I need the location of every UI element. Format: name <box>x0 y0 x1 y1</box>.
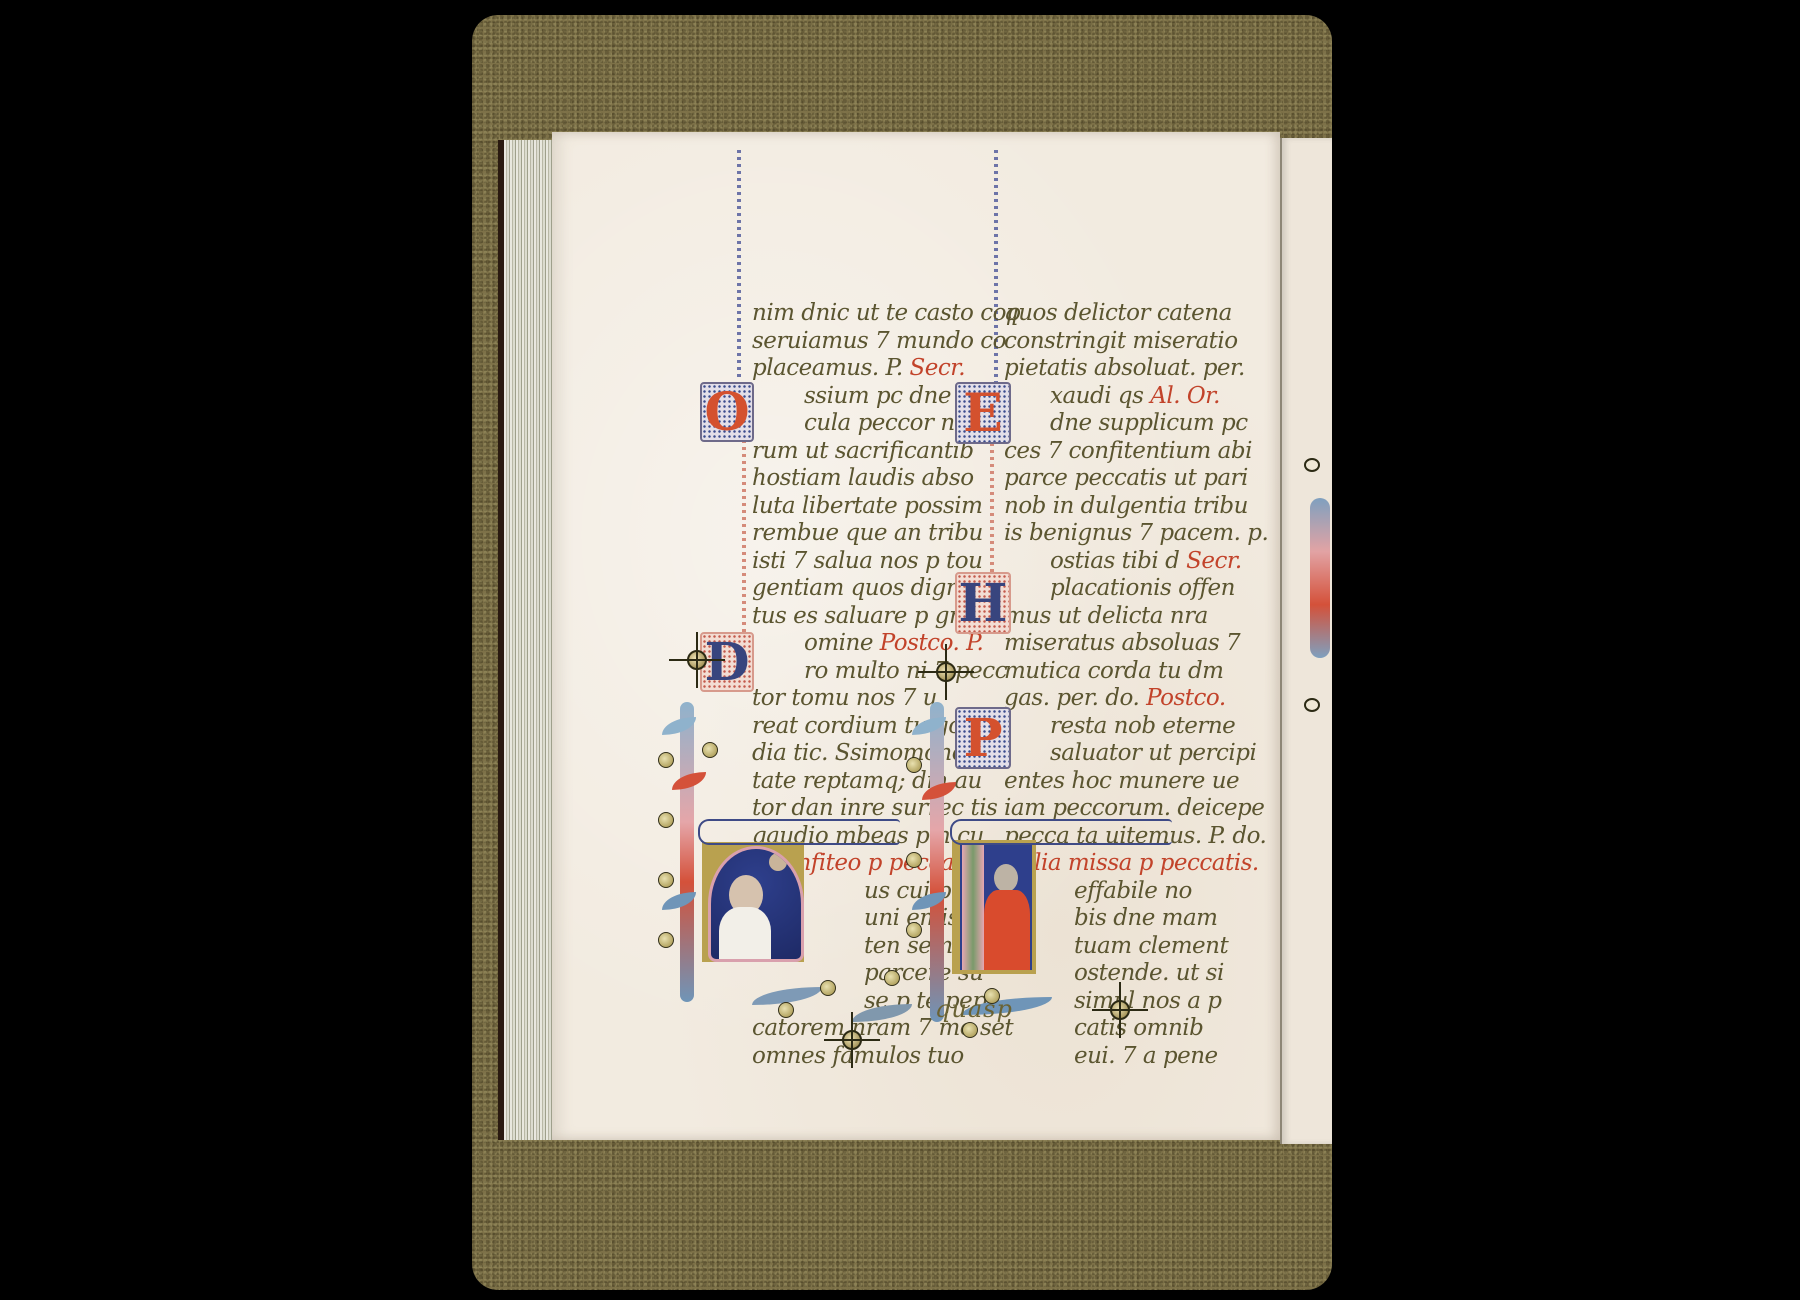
acanthus-leaf <box>672 772 706 790</box>
facing-border-vine <box>1310 498 1330 658</box>
gold-ball <box>906 922 922 938</box>
text-line: miseratus absoluas 7 <box>1004 630 1268 658</box>
text-line: quos delictor catena <box>1004 300 1268 328</box>
historiated-initial-monk <box>708 846 804 962</box>
foliate-border-left <box>680 702 694 1002</box>
gold-ball <box>658 812 674 828</box>
decorated-initial-o: O <box>700 382 754 442</box>
facing-star-ornament <box>1304 698 1320 712</box>
facing-star-ornament <box>1304 458 1320 472</box>
foliate-border-middle <box>930 702 944 1022</box>
text-line: rembue que an tribu <box>752 520 1028 548</box>
text-line: eui. 7 a pene <box>1004 1043 1268 1071</box>
text-column-right: quos delictor catena constringit miserat… <box>1004 300 1268 1070</box>
rubric-banner <box>950 819 1172 845</box>
historiated-initial-prophet <box>960 844 1032 970</box>
gold-ball <box>906 852 922 868</box>
rubric: Postco. <box>1146 685 1226 711</box>
prophet-head <box>994 864 1018 892</box>
rubric: Secr. <box>909 355 965 381</box>
text-line: ostias tibi d Secr. <box>1004 548 1268 576</box>
rubric-heading: Alia missa p peccatis. <box>1004 850 1268 878</box>
text-line: nob in dulgentia tribu <box>1004 493 1268 521</box>
rubric-banner <box>698 819 900 845</box>
text-line: placeamus. P. Secr. <box>752 355 1028 383</box>
decorated-initial-p: P <box>955 707 1011 769</box>
gold-ball <box>702 742 718 758</box>
god-in-clouds <box>769 853 787 871</box>
text-line: gas. per. do. Postco. <box>1004 685 1268 713</box>
text-line: constringit miseratio <box>1004 328 1268 356</box>
pen-flourish <box>742 412 746 632</box>
text-line: pietatis absoluat. per. <box>1004 355 1268 383</box>
star-ornament <box>1110 1000 1130 1020</box>
text-line: ro multo ni 7 pecc <box>752 658 1028 686</box>
text-line: tuam clement <box>1004 933 1268 961</box>
prophet-robe <box>984 890 1030 970</box>
facing-page-sliver <box>1280 138 1332 1144</box>
text-line: seruiamus 7 mundo co <box>752 328 1028 356</box>
gold-ball <box>884 970 900 986</box>
text-line: resta nob eterne <box>1004 713 1268 741</box>
text-line: mutica corda tu dm <box>1004 658 1268 686</box>
text-line: isti 7 salua nos p tou <box>752 548 1028 576</box>
text-line: omnes famulos tuo <box>752 1043 1028 1071</box>
catchword: quasp <box>935 995 1013 1023</box>
text-line: luta libertate possim <box>752 493 1028 521</box>
text-line: parce peccatis ut pari <box>1004 465 1268 493</box>
text-line: saluator ut percipi <box>1004 740 1268 768</box>
text-line: dne supplicum pc <box>1004 410 1268 438</box>
text-line: entes hoc munere ue <box>1004 768 1268 796</box>
decorated-initial-h: H <box>955 572 1011 634</box>
gold-ball <box>658 872 674 888</box>
gold-ball <box>962 1022 978 1038</box>
monk-robe <box>719 907 771 962</box>
gold-ball <box>658 752 674 768</box>
rubric: Secr. <box>1186 548 1242 574</box>
text-line: mus ut delicta nra <box>1004 603 1268 631</box>
text-line: hostiam laudis abso <box>752 465 1028 493</box>
star-ornament <box>687 650 707 670</box>
text-line: omine Postco. P. <box>752 630 1028 658</box>
gold-ball <box>778 1002 794 1018</box>
text-line: ces 7 confitentium abi <box>1004 438 1268 466</box>
decorated-initial-e: E <box>955 382 1011 444</box>
letter-stem <box>962 844 984 970</box>
text-line: bis dne mam <box>1004 905 1268 933</box>
text-line: catis omnib <box>1004 1015 1268 1043</box>
pen-flourish <box>737 150 741 380</box>
manuscript-page: nim dnic ut te casto cop seruiamus 7 mun… <box>552 132 1280 1140</box>
text-line: xaudi qs Al. Or. <box>1004 383 1268 411</box>
star-ornament <box>842 1030 862 1050</box>
gold-ball <box>906 757 922 773</box>
text-line: ostende. ut si <box>1004 960 1268 988</box>
text-line: placationis offen <box>1004 575 1268 603</box>
text-line: nim dnic ut te casto cop <box>752 300 1028 328</box>
star-ornament <box>936 662 956 682</box>
gold-ball <box>658 932 674 948</box>
rubric: Al. Or. <box>1150 383 1220 409</box>
text-line: effabile no <box>1004 878 1268 906</box>
decorated-initial-d: D <box>700 632 754 692</box>
text-line: tate reptamq; dm au <box>752 768 1028 796</box>
text-line: is benignus 7 pacem. p. <box>1004 520 1268 548</box>
gold-ball <box>820 980 836 996</box>
